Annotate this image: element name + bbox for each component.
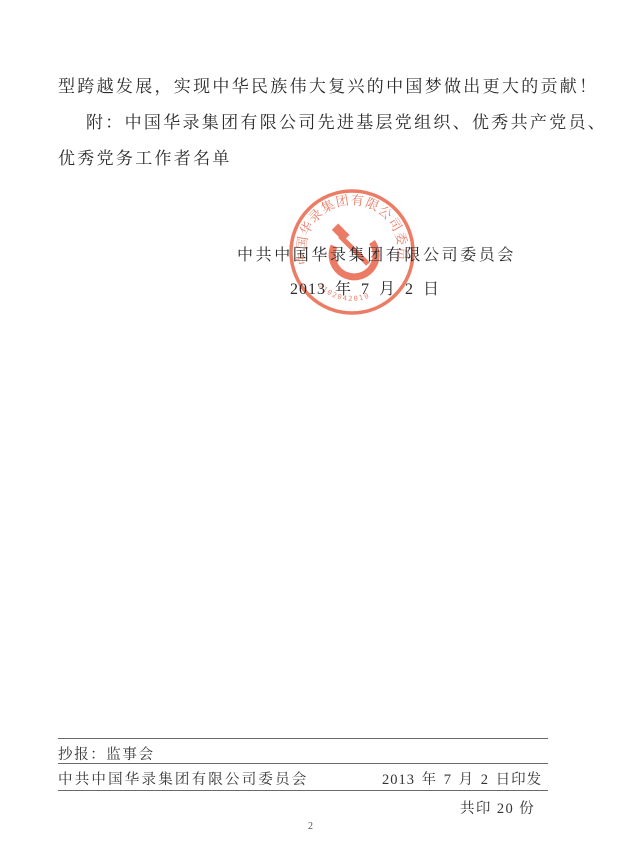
page-number: 2: [308, 821, 313, 832]
print-copies: 共印 20 份: [460, 797, 535, 818]
issuing-organization: 中共中国华录集团有限公司委员会: [58, 768, 309, 789]
footer-rule-bottom: [58, 790, 548, 791]
signature-date: 2013 年 7 月 2 日: [290, 276, 440, 299]
cc-recipients: 抄报：监事会: [58, 743, 155, 764]
footer-rule-middle: [58, 763, 548, 764]
attachment-line-continued: 优秀党务工作者名单: [58, 144, 232, 169]
body-text-line: 型跨越发展，实现中华民族伟大复兴的中国梦做出更大的贡献！: [58, 72, 598, 97]
signature-organization: 中共中国华录集团有限公司委员会: [237, 242, 516, 265]
issue-date: 2013 年 7 月 2 日印发: [382, 768, 542, 789]
attachment-line: 附：中国华录集团有限公司先进基层党组织、优秀共产党员、: [86, 108, 607, 133]
footer-rule-top: [58, 738, 548, 739]
